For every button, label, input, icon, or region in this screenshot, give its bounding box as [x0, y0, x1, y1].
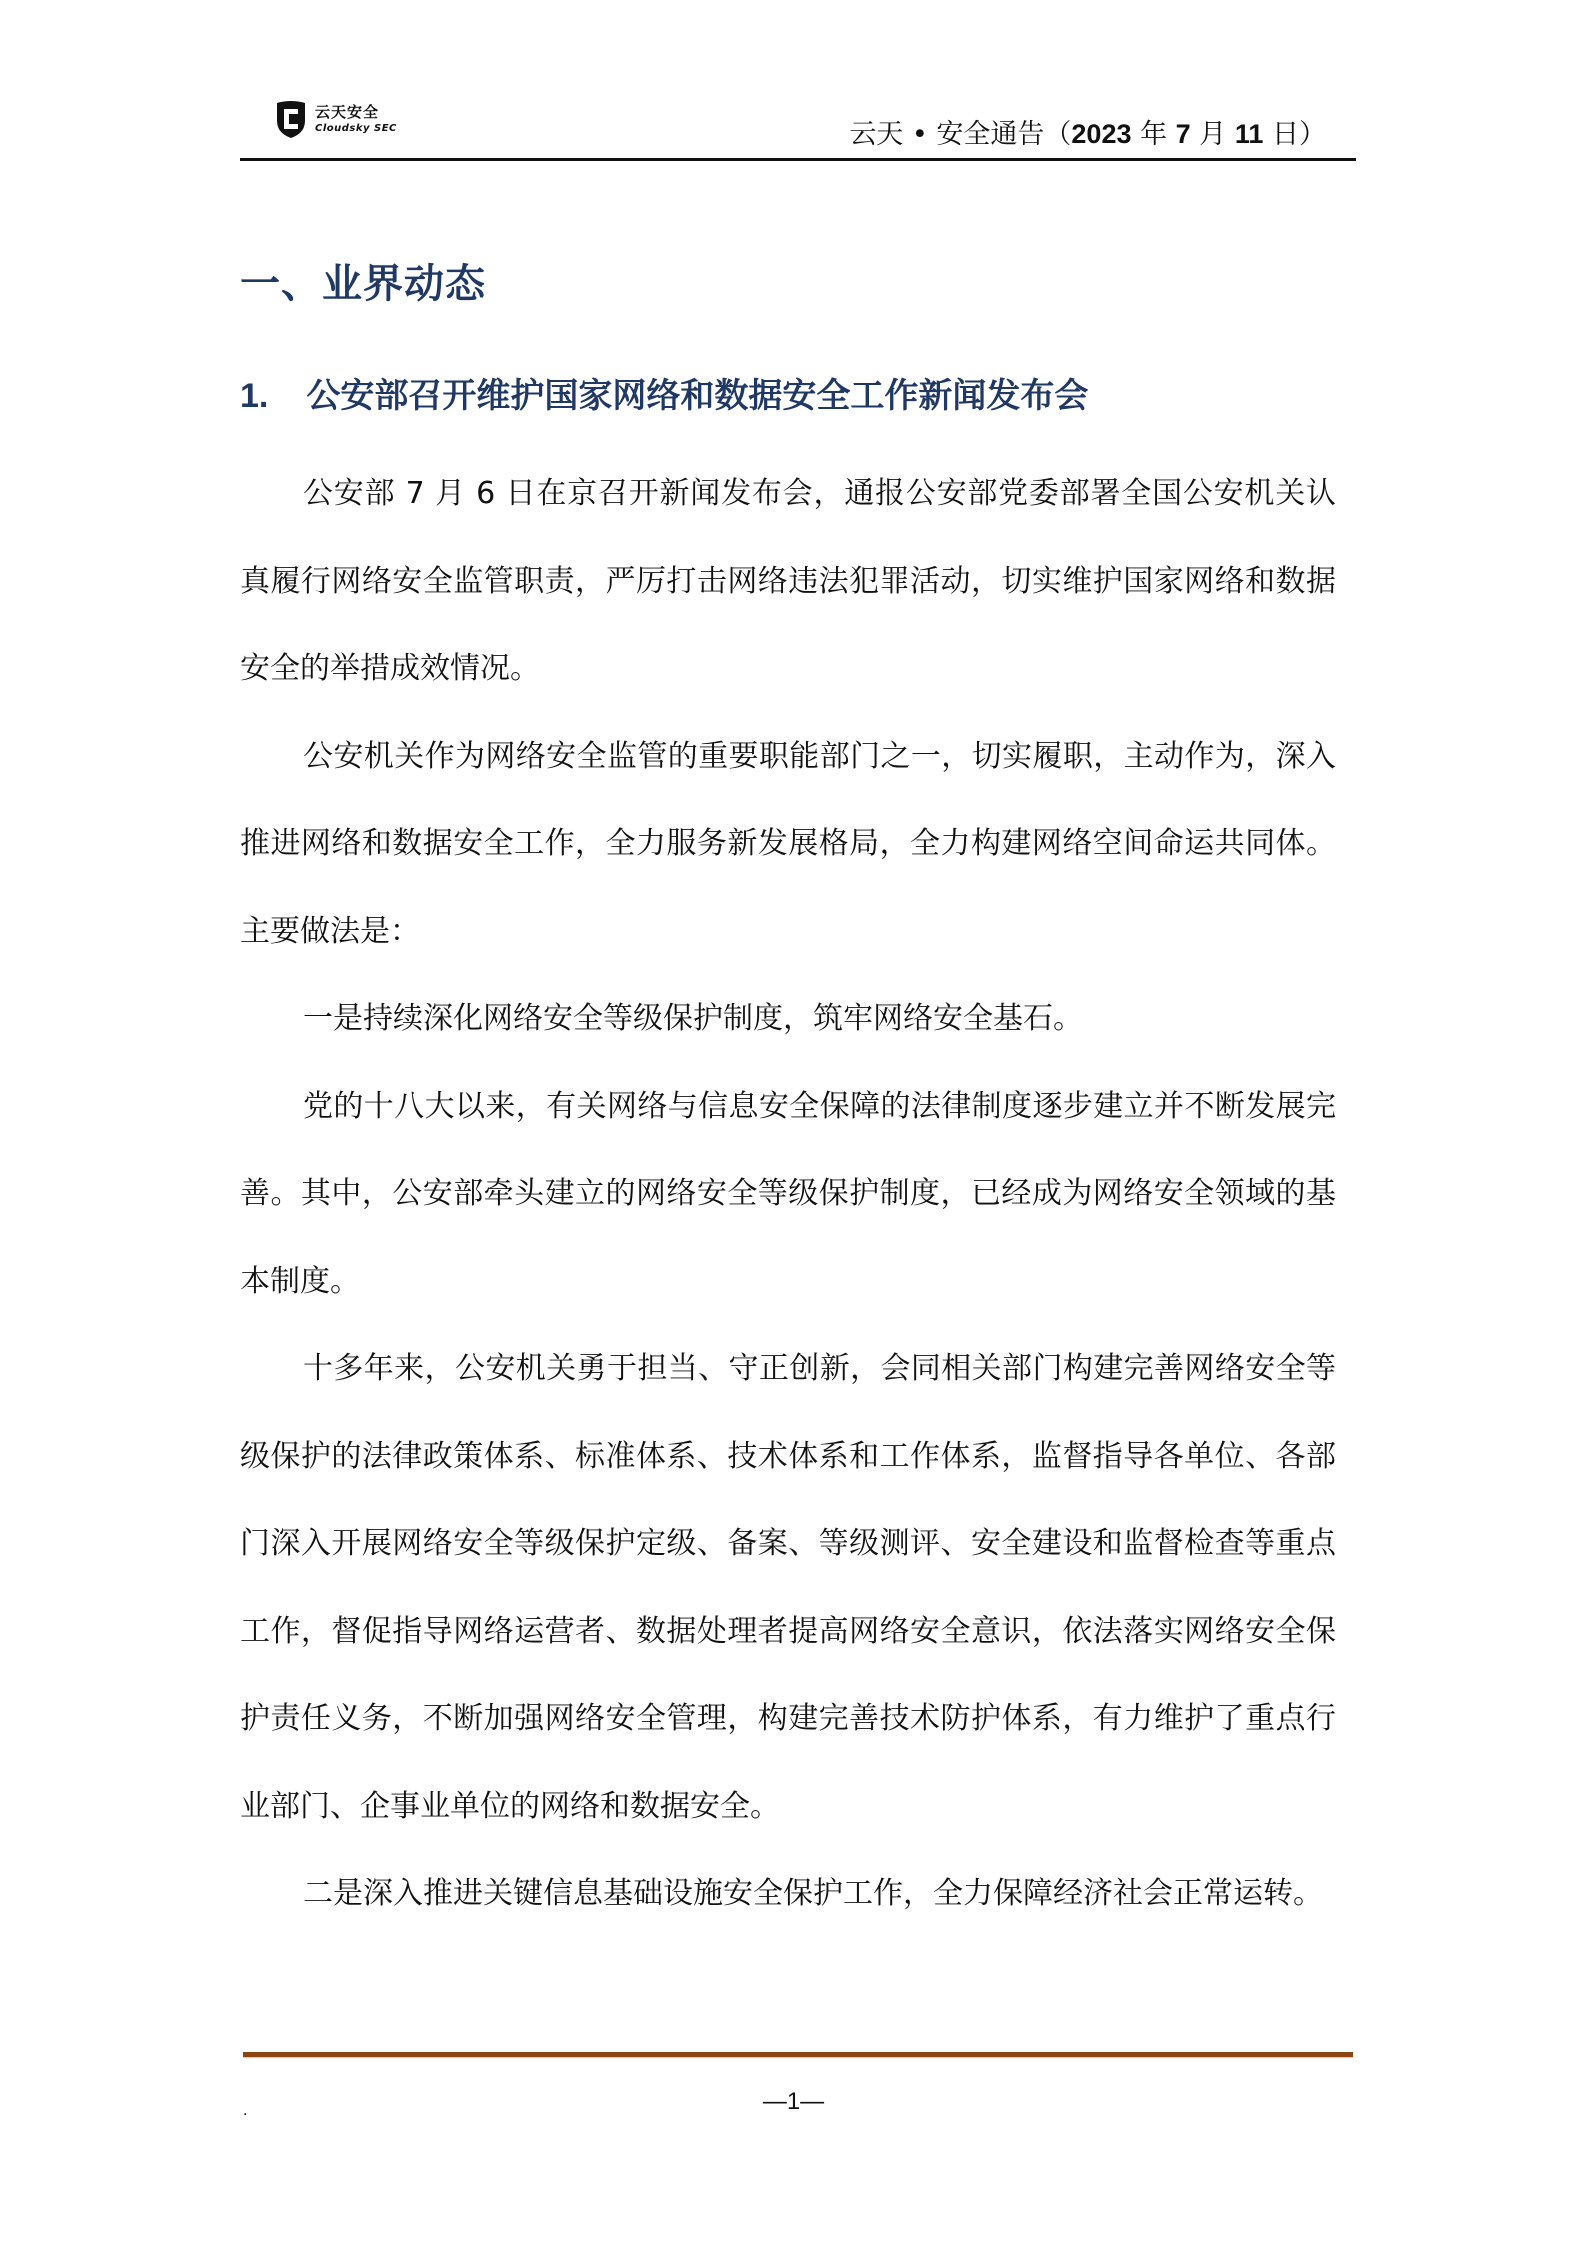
- title-day-unit: 日）: [1263, 119, 1326, 150]
- title-prefix: 云天 • 安全通告（: [849, 119, 1071, 150]
- brand-name-en: Cloudsky SEC: [315, 124, 397, 134]
- paragraph: 二是深入推进关键信息基础设施安全保护工作，全力保障经济社会正常运转。: [240, 1850, 1336, 1938]
- title-month: 7: [1176, 119, 1191, 149]
- paragraph: 公安部 7 月 6 日在京召开新闻发布会，通报公安部党委部署全国公安机关认真履行…: [240, 450, 1336, 713]
- page-header: 云天安全 Cloudsky SEC 云天 • 安全通告（2023 年 7 月 1…: [240, 94, 1356, 160]
- brand-logo: 云天安全 Cloudsky SEC: [275, 99, 397, 139]
- paragraph: 公安机关作为网络安全监管的重要职能部门之一，切实履职，主动作为，深入推进网络和数…: [240, 713, 1336, 976]
- paragraph: 党的十八大以来，有关网络与信息安全保障的法律制度逐步建立并不断发展完善。其中，公…: [240, 1063, 1336, 1326]
- article-number: 1.: [240, 377, 268, 415]
- brand-name-cn: 云天安全: [315, 105, 397, 120]
- bulletin-title: 云天 • 安全通告（2023 年 7 月 11 日）: [849, 112, 1326, 151]
- page-number: —1—: [0, 2088, 1587, 2116]
- title-day: 11: [1235, 119, 1264, 149]
- paragraph: 十多年来，公安机关勇于担当、守正创新，会同相关部门构建完善网络安全等级保护的法律…: [240, 1325, 1336, 1850]
- title-year-unit: 年: [1131, 119, 1175, 150]
- article-body: 公安部 7 月 6 日在京召开新闻发布会，通报公安部党委部署全国公安机关认真履行…: [240, 450, 1336, 1938]
- paragraph: 一是持续深化网络安全等级保护制度，筑牢网络安全基石。: [240, 975, 1336, 1063]
- header-divider: [240, 158, 1356, 161]
- shield-c-logo-icon: [275, 99, 307, 139]
- section-heading: 一、业界动态: [240, 252, 486, 309]
- title-year: 2023: [1071, 119, 1131, 149]
- article-heading: 1.公安部召开维护国家网络和数据安全工作新闻发布会: [240, 368, 1088, 417]
- footer-divider: [243, 2052, 1353, 2057]
- article-title: 公安部召开维护国家网络和数据安全工作新闻发布会: [306, 376, 1088, 416]
- title-month-unit: 月: [1191, 119, 1235, 150]
